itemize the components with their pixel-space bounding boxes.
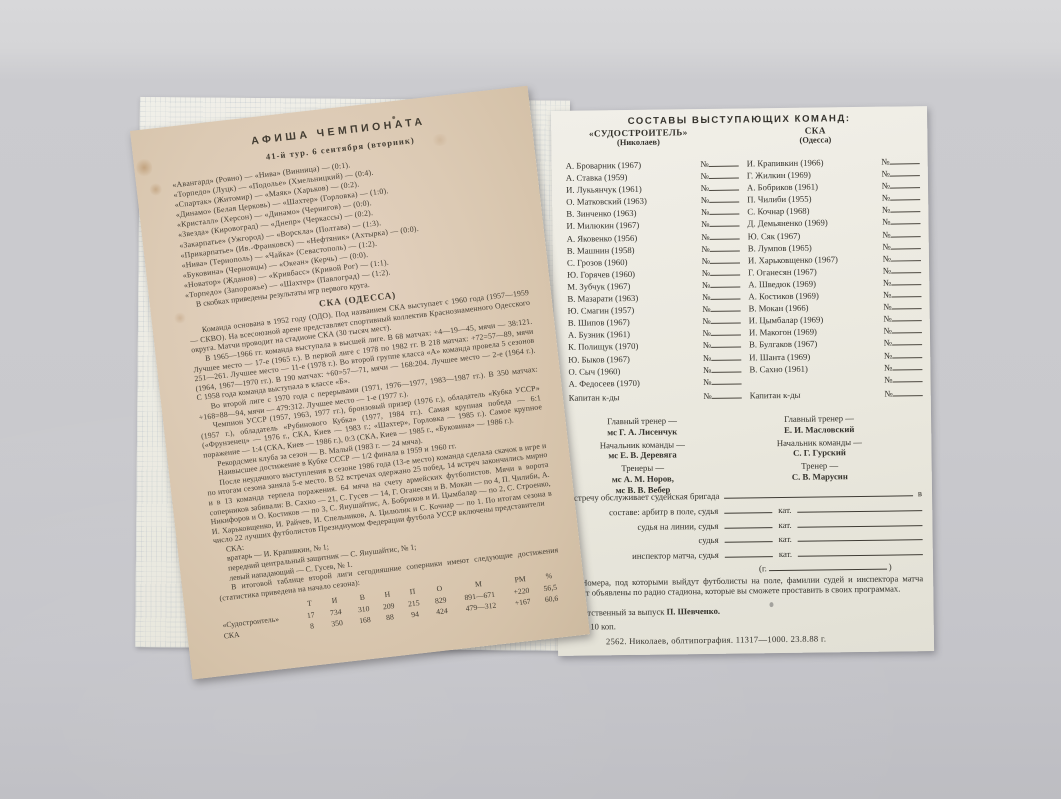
player-number: № [884, 338, 922, 349]
coach-entry: Тренер — С. В. Марусин [716, 460, 924, 484]
player-name: В. Булгаков (1967) [749, 339, 817, 350]
referee-role: судья на линии, судья [568, 520, 718, 532]
player-number: № [882, 180, 920, 191]
player-number: № [883, 277, 921, 288]
coach-entry: Главный тренер — Е. И. Масловский [715, 412, 923, 436]
player-number: № [702, 316, 740, 327]
team-city: (Николаев) [565, 137, 711, 148]
player-number: № [702, 255, 740, 266]
player-number: № [702, 292, 740, 303]
number-blank [891, 241, 921, 249]
player-number: № [701, 207, 739, 218]
referee-role: составе: арбитр в поле, судья [568, 506, 718, 518]
number-blank [891, 253, 921, 261]
category-label: кат. [779, 534, 792, 544]
number-label: № [883, 314, 891, 324]
coaches-sudostroitel: Главный тренер — мс Г. А. Лисенчук Начал… [569, 415, 716, 499]
roster-row: Капитан к-ды № [569, 390, 742, 404]
player-name: Г. Жилкин (1969) [747, 170, 811, 181]
responsible-line: Ответственный за выпуск П. Шевченко. [570, 606, 721, 618]
referee-rows: составе: арбитр в поле, судья кат. судья… [568, 502, 923, 565]
referee-blank [725, 533, 773, 543]
history-paragraphs: Команда основана в 1952 году (ОДО). Под … [189, 288, 554, 546]
number-blank [890, 192, 920, 200]
radio-footnote: Номера, под которыми выйдут футболисты н… [569, 573, 923, 598]
player-number: № [703, 352, 741, 363]
player-name: М. Зубчук (1967) [567, 281, 630, 292]
player-name: С. Кочнар (1968) [747, 206, 809, 217]
number-label: № [884, 338, 892, 348]
number-label: № [703, 352, 711, 362]
program-afisha-page: АФИША ЧЕМПИОНАТА 41-й тур. 6 сентября (в… [130, 86, 590, 680]
player-name: А. Федосеев (1970) [569, 378, 640, 389]
number-blank [711, 340, 741, 348]
number-label: № [701, 244, 709, 254]
imprint-line: 2562. Николаев, облтипография. 11317—100… [570, 632, 926, 647]
referee-blank [798, 517, 923, 528]
player-name: И. Цымбалар (1969) [749, 315, 824, 326]
player-number: № [883, 301, 921, 312]
number-label: № [703, 391, 711, 401]
player-number: № [702, 267, 740, 278]
number-blank [892, 362, 922, 370]
player-name: В. Шипов (1967) [568, 317, 630, 328]
city-blank [769, 561, 887, 572]
roster-column-sudostroitel: А. Броварник (1967) № А. Ставка (1959) №… [566, 159, 742, 405]
referee-blank [724, 487, 913, 498]
responsible-name: П. Шевченко. [666, 606, 720, 617]
number-blank [709, 219, 739, 227]
player-number: № [882, 205, 920, 216]
number-blank [892, 350, 922, 358]
number-label: № [884, 362, 892, 372]
coach-name: С. Г. Гурский [715, 446, 923, 459]
paper-speck [769, 602, 773, 607]
coach-entry: Начальник команды — С. Г. Гурский [715, 436, 923, 460]
number-label: № [701, 207, 709, 217]
number-blank [711, 364, 741, 372]
player-number: № [882, 229, 920, 240]
number-blank [709, 159, 739, 167]
number-blank [709, 171, 739, 179]
player-number: № [884, 362, 922, 373]
player-number: № [703, 364, 741, 375]
player-number: № [883, 253, 921, 264]
player-name: И. Крапивкин (1966) [747, 157, 824, 168]
number-blank [891, 265, 921, 273]
number-label: № [701, 219, 709, 229]
number-label: № [702, 316, 710, 326]
number-label: № [884, 374, 892, 384]
city-pre: (г. [759, 564, 767, 574]
photo-scene: СОСТАВЫ ВЫСТУПАЮЩИХ КОМАНД: «СУДОСТРОИТЕ… [0, 0, 1061, 799]
number-blank [709, 183, 739, 191]
coach-entry: Начальник команды — мс Е. В. Деревяга [569, 439, 715, 462]
number-label: № [703, 377, 711, 387]
player-name: С. Грозов (1960) [567, 257, 628, 268]
player-number: № [701, 219, 739, 230]
number-label: № [882, 193, 890, 203]
referee-role: инспектор матча, судья [569, 550, 719, 562]
number-blank [711, 316, 741, 324]
player-number: № [883, 313, 921, 324]
number-blank [890, 168, 920, 176]
coach-name: мс Г. А. Лисенчук [569, 425, 715, 438]
team-headers: «СУДОСТРОИТЕЛЬ» (Николаев) СКА (Одесса) [565, 124, 919, 148]
player-name: Ю. Сяк (1967) [748, 230, 801, 241]
player-number: № [703, 376, 741, 387]
stat-cell: 94 [401, 608, 428, 622]
number-blank [711, 304, 741, 312]
player-number: № [882, 192, 920, 203]
player-number: № [701, 243, 739, 254]
number-label: № [884, 350, 892, 360]
number-blank [710, 243, 740, 251]
number-blank [892, 325, 922, 333]
coach-entry: Главный тренер — мс Г. А. Лисенчук [569, 415, 715, 438]
number-label: № [882, 241, 890, 251]
player-name: А. Бузник (1961) [568, 329, 630, 340]
roster-row: № [749, 374, 922, 388]
player-number: № [881, 168, 919, 179]
referee-blank [724, 519, 772, 529]
number-label: № [882, 217, 890, 227]
player-name: А. Шведюк (1969) [748, 278, 816, 289]
number-label: № [882, 205, 890, 215]
stat-cell: 8 [301, 620, 323, 634]
number-blank [711, 328, 741, 336]
number-label: № [702, 292, 710, 302]
player-name: К. Полищук (1970) [568, 341, 638, 352]
number-blank [712, 390, 742, 398]
number-label: № [701, 231, 709, 241]
number-blank [710, 231, 740, 239]
team-header-sudostroitel: «СУДОСТРОИТЕЛЬ» (Николаев) [565, 127, 711, 148]
number-label: № [884, 388, 892, 398]
number-blank [710, 292, 740, 300]
player-name: В. Машнин (1958) [567, 245, 635, 256]
number-blank [709, 207, 739, 215]
number-label: № [883, 265, 891, 275]
number-blank [890, 156, 920, 164]
number-label: № [701, 195, 709, 205]
number-blank [892, 338, 922, 346]
referee-role: судья [569, 535, 719, 547]
player-number: № [701, 183, 739, 194]
player-name: А. Ставка (1959) [566, 172, 628, 183]
player-name: Капитан к-ды [750, 390, 801, 401]
player-name: В. Лумпов (1965) [748, 242, 812, 253]
player-name: В. Сахно (1961) [749, 363, 808, 374]
coaches-ska: Главный тренер — Е. И. Масловский Началь… [715, 412, 924, 496]
stat-cell: 60,6 [539, 592, 564, 606]
player-name: И. Милюкин (1967) [566, 220, 639, 231]
number-blank [891, 277, 921, 285]
number-blank [892, 313, 922, 321]
number-blank [890, 205, 920, 213]
stat-cell: 168 [351, 613, 378, 627]
coach-name: мс Е. В. Деревяга [569, 449, 715, 462]
number-label: № [702, 268, 710, 278]
player-name: В. Зинченко (1963) [566, 208, 636, 219]
team-header-ska: СКА (Одесса) [711, 124, 919, 146]
player-number: № [882, 241, 920, 252]
number-label: № [882, 229, 890, 239]
stat-cell: 88 [377, 611, 402, 625]
category-label: кат. [779, 549, 792, 559]
player-number: № [884, 325, 922, 336]
player-number: № [702, 304, 740, 315]
player-name: А. Яковенко (1956) [567, 232, 638, 243]
stat-cell: +167 [505, 595, 540, 610]
player-number: № [701, 231, 739, 242]
coach-name: Е. И. Масловский [715, 423, 923, 436]
number-label: № [881, 157, 889, 167]
number-label: № [881, 169, 889, 179]
player-number: № [884, 350, 922, 361]
number-blank [890, 180, 920, 188]
number-blank [893, 388, 923, 396]
number-label: № [703, 365, 711, 375]
referee-blank [725, 548, 773, 558]
player-number: № [703, 328, 741, 339]
player-name: И. Харьковщенко (1967) [748, 254, 838, 265]
player-name: А. Броварник (1967) [566, 160, 641, 171]
number-label: № [702, 304, 710, 314]
number-blank [710, 255, 740, 263]
stat-cell: 424 [427, 604, 456, 618]
number-blank [711, 352, 741, 360]
coach-name: С. В. Марусин [716, 470, 924, 483]
player-name: Ю. Быков (1967) [568, 353, 630, 364]
player-name: А. Бобриков (1961) [747, 182, 818, 193]
referee-blank [797, 502, 922, 513]
player-name: Капитан к-ды [569, 392, 620, 403]
roster-column-ska: И. Крапивкин (1966) № Г. Жилкин (1969) №… [747, 156, 923, 402]
number-label: № [703, 340, 711, 350]
referee-section: Встречу обслуживает судейская бригада в … [568, 487, 923, 579]
number-blank [710, 267, 740, 275]
player-name: В. Мазарати (1963) [567, 293, 638, 304]
number-blank [890, 217, 920, 225]
number-label: № [702, 256, 710, 266]
player-number: № [883, 289, 921, 300]
player-name: В. Мокан (1966) [749, 303, 809, 314]
roster-row: Капитан к-ды № [750, 388, 923, 402]
number-label: № [883, 277, 891, 287]
number-label: № [882, 181, 890, 191]
category-label: кат. [778, 505, 791, 515]
player-number: № [701, 171, 739, 182]
coaches: Главный тренер — мс Г. А. Лисенчук Начал… [569, 412, 924, 498]
number-label: № [701, 183, 709, 193]
player-number: № [700, 159, 738, 170]
player-name: Г. Оганесян (1967) [748, 266, 817, 277]
player-name: О. Матковский (1963) [566, 196, 647, 207]
player-name: А. Костиков (1969) [748, 291, 819, 302]
referee-blank [798, 531, 923, 542]
player-name: Д. Демьяненко (1969) [747, 218, 827, 229]
roster-row: А. Федосеев (1970) № [569, 376, 742, 390]
player-name: И. Шанта (1969) [749, 351, 810, 362]
rosters: А. Броварник (1967) № А. Ставка (1959) №… [566, 156, 923, 404]
player-name: И. Макогон (1969) [749, 327, 817, 338]
player-number: № [882, 217, 920, 228]
number-label: № [701, 171, 709, 181]
player-number: № [703, 390, 741, 401]
player-number: № [883, 265, 921, 276]
team-city: (Одесса) [711, 134, 919, 146]
number-label: № [700, 159, 708, 169]
category-label: кат. [778, 519, 791, 529]
number-blank [709, 195, 739, 203]
number-blank [891, 289, 921, 297]
player-number: № [881, 156, 919, 167]
player-name: Ю. Горячев (1960) [567, 269, 635, 280]
number-blank [892, 374, 922, 382]
number-label: № [883, 302, 891, 312]
number-label: № [883, 253, 891, 263]
referee-intro-text: Встречу обслуживает судейская бригада [568, 491, 719, 503]
city-post: ) [889, 562, 892, 572]
number-blank [892, 301, 922, 309]
stat-cell: 350 [322, 616, 353, 631]
player-number: № [703, 340, 741, 351]
referee-blank [724, 504, 772, 514]
player-name: О. Сыч (1960) [568, 366, 620, 377]
player-number: № [884, 374, 922, 385]
number-label: № [883, 290, 891, 300]
number-label: № [703, 328, 711, 338]
number-label: № [884, 326, 892, 336]
player-name: П. Чилиби (1955) [747, 194, 811, 205]
afisha-content: АФИША ЧЕМПИОНАТА 41-й тур. 6 сентября (в… [130, 86, 590, 680]
player-name: И. Лукьянчук (1961) [566, 184, 642, 195]
referee-blank [798, 546, 923, 557]
number-blank [891, 229, 921, 237]
number-blank [710, 279, 740, 287]
player-number: № [701, 195, 739, 206]
number-label: № [702, 280, 710, 290]
player-number: № [702, 279, 740, 290]
player-number: № [884, 388, 922, 399]
number-blank [711, 376, 741, 384]
player-name: Ю. Смагин (1957) [568, 305, 635, 316]
program-lineups-page: СОСТАВЫ ВЫСТУПАЮЩИХ КОМАНД: «СУДОСТРОИТЕ… [551, 106, 934, 656]
referee-intro-tail: в [918, 488, 922, 498]
